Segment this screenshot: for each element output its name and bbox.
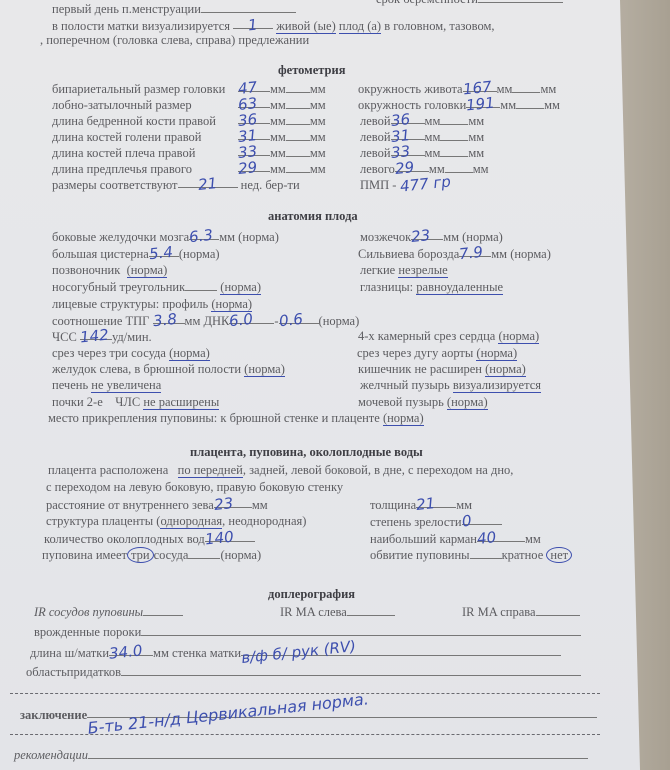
tpg-value: 3.8 (152, 312, 177, 328)
fetometry-field[interactable]: 63 (238, 97, 270, 108)
fetometry-field[interactable]: 31 (238, 129, 270, 140)
unit-label: мм (310, 114, 326, 128)
structure-options: , неоднородная) (222, 514, 306, 528)
unit-label: мм (310, 130, 326, 144)
stomach-row: желудок слева, в брюшной полости (норма) (52, 362, 285, 376)
fluid-row: количество околоплодных вод140 (44, 531, 255, 546)
unit-label: мм (310, 98, 326, 112)
cisterna-row: большая цистерна5.4(норма) (52, 246, 220, 261)
nuchal-row: обвитие пуповиныкратное нет (370, 548, 572, 562)
cord-vessels-row: пуповина имееттрисосуда(норма) (42, 548, 261, 562)
ventricles-row: боковые желудочки мозга6.3мм (норма) (52, 229, 279, 244)
unit-label: мм (468, 146, 484, 160)
fetus-count-field[interactable]: 1 (233, 18, 273, 29)
ir-ma-left-label: IR MA слева (280, 605, 347, 619)
pocket-unit: мм (525, 532, 541, 546)
gallbladder-value: визуализируется (453, 378, 541, 393)
unit-label: мм (270, 82, 286, 96)
gallbladder-row: желчный пузырь визуализируется (360, 378, 541, 392)
fetometry-field-2[interactable] (440, 146, 468, 157)
fetometry-row: окружность живота167мммм (358, 81, 556, 96)
fetometry-value: 29 (394, 160, 414, 176)
presentation-text: в головном, тазовом, (384, 19, 494, 33)
thickness-label: толщина (370, 498, 416, 512)
dnk-field[interactable]: 6.0 (229, 313, 274, 324)
cervix-unit: мм (153, 646, 169, 660)
heart-rate-label: ЧСС (52, 330, 77, 344)
cord-insert-value: (норма) (383, 411, 424, 426)
fetometry-label: левого (360, 162, 395, 176)
thickness-unit: мм (456, 498, 472, 512)
cord-vessels-text: сосуда (154, 548, 189, 562)
cord-vessels-field[interactable] (188, 548, 220, 559)
unit-label: мм (544, 98, 560, 112)
fetometry-label: лобно-затылочный размер (52, 98, 238, 112)
lungs-value: незрелые (398, 263, 447, 278)
unit-label: мм (310, 146, 326, 160)
nuchal-label: обвитие пуповины (370, 548, 470, 562)
recommendation-field[interactable] (88, 748, 588, 759)
liver-row: печень не увеличена (52, 378, 161, 392)
aorta-label: срез через дугу аорты (357, 346, 473, 360)
heart-rate-row: ЧСС 142уд/мин. (52, 329, 152, 344)
fetometry-row: длина бедренной кости правой36мммм (52, 113, 326, 128)
pocket-field[interactable]: 40 (477, 531, 525, 542)
recommendation-label: рекомендации (14, 748, 88, 762)
three-vessels-value: (норма) (169, 346, 210, 361)
fetometry-row: длина костей голени правой31мммм (52, 129, 326, 144)
stomach-label: желудок слева, в брюшной полости (52, 362, 241, 376)
thickness-field[interactable]: 21 (416, 497, 456, 508)
lungs-label: легкие (360, 263, 395, 277)
sylvian-label: Сильвиева борозда (358, 247, 459, 261)
pocket-row: наибольший карман40мм (370, 531, 541, 546)
uterus-row: в полости матки визуализируется 1 живой … (52, 18, 495, 33)
kidneys-row: почки 2-е ЧЛС не расширены (52, 395, 219, 409)
cervix-label: длина ш/матки (30, 646, 109, 660)
gest-age-label: срок беременности (376, 0, 478, 6)
cisterna-field[interactable]: 5.4 (149, 246, 179, 257)
unit-label: мм (497, 82, 513, 96)
lmp-label: первый день п.менструации (52, 2, 201, 16)
fetometry-field-2[interactable] (516, 98, 544, 109)
fetometry-label: левой (360, 146, 391, 160)
fetometry-field[interactable]: 167 (463, 81, 497, 92)
spine-label: позвоночник (52, 263, 120, 277)
conclusion-row: заключениеБ-ть 21-н/д Цервикальная норма… (20, 707, 597, 722)
nasolabial-row: носогубный треугольник (норма) (52, 280, 261, 294)
doppler-title: доплерография (268, 587, 355, 602)
bladder-row: мочевой пузырь (норма) (358, 395, 488, 409)
nuchal-field[interactable] (470, 548, 502, 559)
os-distance-field[interactable]: 23 (214, 497, 252, 508)
os-distance-label: расстояние от внутреннего зева (46, 498, 214, 512)
orbits-label: глазницы: (360, 280, 413, 294)
sylvian-field[interactable]: 7.9 (459, 246, 491, 257)
ventricles-field[interactable]: 6.3 (189, 229, 219, 240)
placenta-location-selected: по передней (178, 463, 243, 478)
pmp-value: 477 гр (399, 174, 451, 193)
conclusion-label: заключение (20, 708, 87, 722)
fetometry-field-2[interactable] (286, 114, 310, 125)
structure-row: структура плаценты (однородная, неодноро… (46, 514, 306, 528)
ratio-suffix: (норма) (319, 314, 360, 328)
unit-label: мм (473, 162, 489, 176)
cord-vessels-selected: три (127, 547, 154, 563)
nasolabial-value: (норма) (220, 280, 261, 295)
gallbladder-label: желчный пузырь (360, 378, 450, 392)
fetometry-field[interactable]: 191 (466, 97, 500, 108)
placenta-location-options: , задней, левой боковой, в дне, с перехо… (243, 463, 514, 477)
gest-age-row: срок беременности (376, 0, 563, 6)
heart-rate-value: 142 (79, 328, 109, 345)
heart4-value: (норма) (498, 329, 539, 344)
fetometry-row: бипариетальный размер головки47мммм (52, 81, 326, 96)
heart-rate-unit: уд/мин. (112, 330, 152, 344)
correspond-row: размеры соответствуют21 нед. бер-ти (52, 177, 300, 192)
face-label: лицевые структуры: профиль (52, 297, 208, 311)
unit-label: мм (500, 98, 516, 112)
fetometry-field[interactable]: 47 (238, 81, 270, 92)
cerebellum-suffix: мм (норма) (443, 230, 503, 244)
fetometry-row: левого29мммм (360, 161, 489, 176)
structure-label: структура плаценты ( (46, 514, 160, 528)
ir-cord-field[interactable] (143, 605, 183, 616)
cord-vessels-suffix: (норма) (220, 548, 261, 562)
nasolabial-field[interactable] (185, 280, 217, 291)
fetometry-field[interactable]: 29 (395, 161, 429, 172)
malformations-row: врожденные пороки (34, 625, 581, 639)
pocket-value: 40 (476, 530, 496, 546)
ir-ma-left-row: IR MA слева (280, 605, 395, 619)
bladder-label: мочевой пузырь (358, 395, 444, 409)
tpg-field[interactable]: 3.8 (153, 313, 185, 324)
wall-field[interactable]: в/ф б/ рук (RV) (241, 645, 561, 656)
three-vessels-label: срез через три сосуда (52, 346, 166, 360)
cervix-field[interactable]: 34.0 (109, 645, 153, 656)
ventricles-label: боковые желудочки мозга (52, 230, 189, 244)
ir-cord-label: IR сосудов пуповины (34, 605, 143, 619)
unit-label: мм (425, 130, 441, 144)
placenta-location-row: плацента расположена по передней, задней… (48, 463, 513, 477)
lmp-field[interactable] (201, 2, 296, 13)
fetometry-label: левой (360, 114, 391, 128)
sylvian-suffix: мм (норма) (491, 247, 551, 261)
malformations-label: врожденные пороки (34, 625, 141, 639)
fluid-label: количество околоплодных вод (44, 532, 205, 546)
unit-label: мм (468, 114, 484, 128)
fetometry-field[interactable]: 33 (238, 145, 270, 156)
placenta-title: плацента, пуповина, околоплодные воды (190, 445, 423, 460)
cerebellum-field[interactable]: 23 (411, 229, 443, 240)
adnexa-field[interactable] (121, 665, 581, 676)
orbits-value: равноудаленные (416, 280, 503, 295)
correspond-value: 21 (197, 176, 217, 192)
kidneys-value: не расширены (143, 395, 219, 410)
fetometry-value: 29 (237, 160, 257, 176)
nuchal-selected: нет (546, 547, 572, 563)
cervix-value: 34.0 (108, 643, 143, 660)
fetometry-label: длина костей плеча правой (52, 146, 238, 160)
maturity-field[interactable]: 0 (462, 514, 502, 525)
aorta-row: срез через дугу аорты (норма) (357, 346, 517, 360)
fetometry-value: 191 (466, 96, 496, 113)
fetometry-label: окружность живота (358, 82, 463, 96)
bowel-label: кишечник не расширен (358, 362, 482, 376)
ir-ma-right-label: IR MA справа (462, 605, 536, 619)
unit-label: мм (310, 82, 326, 96)
dnk-label: мм ДНК (185, 314, 230, 328)
maturity-row: степень зрелости0 (370, 514, 502, 529)
fetometry-field-2[interactable] (286, 146, 310, 157)
liver-label: печень (52, 378, 88, 392)
fetometry-field[interactable]: 36 (391, 113, 425, 124)
nasolabial-label: носогубный треугольник (52, 280, 185, 294)
fetometry-field[interactable]: 36 (238, 113, 270, 124)
correspond-field[interactable]: 21 (178, 177, 238, 188)
cisterna-value: 5.4 (148, 245, 173, 261)
fetometry-field[interactable]: 33 (391, 145, 425, 156)
aorta-value: (норма) (476, 346, 517, 361)
fetometry-field-2[interactable] (286, 82, 310, 93)
anatomy-title: анатомия плода (268, 209, 358, 224)
fetometry-field-2[interactable] (512, 82, 540, 93)
presentation-row: , поперечном (головка слева, справа) пре… (40, 33, 309, 47)
ventricles-value: 6.3 (189, 228, 214, 244)
fetometry-row: левой33мммм (360, 145, 484, 160)
fetometry-label: длина бедренной кости правой (52, 114, 238, 128)
placenta-location-row-2: с переходом на левую боковую, правую бок… (46, 480, 343, 494)
orbits-row: глазницы: равноудаленные (360, 280, 503, 294)
pmp-label: ПМП - (360, 178, 396, 192)
cerebellum-label: мозжечок (360, 230, 411, 244)
placenta-location-label: плацента расположена (48, 463, 168, 477)
wall-label: стенка матки (172, 646, 241, 660)
heart4-label: 4-х камерный срез сердца (358, 329, 495, 343)
unit-label: мм (270, 98, 286, 112)
os-distance-value: 23 (213, 496, 233, 512)
fetometry-field-2[interactable] (286, 98, 310, 109)
fluid-field[interactable]: 140 (205, 531, 255, 542)
heart-rate-field[interactable]: 142 (80, 329, 112, 340)
divider-line (10, 693, 600, 694)
bladder-value: (норма) (447, 395, 488, 410)
divider-line-2 (10, 734, 600, 735)
maturity-label: степень зрелости (370, 515, 462, 529)
spine-row: позвоночник (норма) (52, 263, 167, 277)
fetometry-title: фетометрия (278, 63, 345, 78)
bowel-value: (норма) (485, 362, 526, 377)
fluid-value: 140 (204, 530, 234, 547)
fetometry-row: лобно-затылочный размер63мммм (52, 97, 326, 112)
bowel-row: кишечник не расширен (норма) (358, 362, 526, 376)
dnk-value: 6.0 (229, 312, 254, 328)
adnexa-row: областьпридатков (26, 665, 581, 679)
three-vessels-row: срез через три сосуда (норма) (52, 346, 210, 360)
uterus-label: в полости матки визуализируется (52, 19, 230, 33)
correspond-unit: нед. бер-ти (241, 178, 300, 192)
fetometry-row: левой31мммм (360, 129, 484, 144)
fetometry-field-2[interactable] (286, 130, 310, 141)
spine-value: (норма) (127, 263, 168, 278)
pmp-row: ПМП - 477 гр (360, 177, 450, 192)
unit-label: мм (540, 82, 556, 96)
os-distance-row: расстояние от внутреннего зева23мм (46, 497, 268, 512)
unit-label: мм (468, 130, 484, 144)
correspond-label: размеры соответствуют (52, 178, 178, 192)
fetometry-field-2[interactable] (286, 162, 310, 173)
ratio-extra-field[interactable]: 0.6 (279, 313, 319, 324)
sylvian-row: Сильвиева борозда7.9мм (норма) (358, 246, 551, 261)
fetometry-label: бипариетальный размер головки (52, 82, 238, 96)
ir-ma-right-row: IR MA справа (462, 605, 580, 619)
nuchal-multiple: кратное (502, 548, 544, 562)
unit-label: мм (270, 162, 286, 176)
unit-label: мм (310, 162, 326, 176)
unit-label: мм (270, 130, 286, 144)
unit-label: мм (425, 146, 441, 160)
face-row: лицевые структуры: профиль (норма) (52, 297, 252, 311)
ratio-extra-value: 0.6 (278, 312, 303, 328)
fetometry-field[interactable]: 31 (391, 129, 425, 140)
cord-insert-row: место прикрепления пуповины: к брюшной с… (48, 411, 424, 425)
lmp-row: первый день п.менструации (52, 2, 296, 16)
maturity-value: 0 (461, 514, 472, 529)
cord-insert-label: место прикрепления пуповины: к брюшной с… (48, 411, 380, 425)
adnexa-label: областьпридатков (26, 665, 121, 679)
fetometry-label: окружность головки (358, 98, 466, 112)
cervix-row: длина ш/матки34.0мм стенка маткив/ф б/ р… (30, 645, 561, 660)
structure-selected: однородная (160, 514, 222, 529)
heart4-row: 4-х камерный срез сердца (норма) (358, 329, 539, 343)
fetometry-row: длина костей плеча правой33мммм (52, 145, 326, 160)
pocket-label: наибольший карман (370, 532, 477, 546)
fetus-count-value: 1 (248, 18, 259, 33)
ir-ma-right-field[interactable] (536, 605, 580, 616)
cord-vessels-label: пуповина имеет (42, 548, 127, 562)
kidneys-label: почки 2-е ЧЛС (52, 395, 140, 409)
stomach-value: (норма) (244, 362, 285, 377)
fetometry-row: длина предплечья правого29мммм (52, 161, 326, 176)
conclusion-field[interactable]: Б-ть 21-н/д Цервикальная норма. (87, 707, 597, 718)
gest-age-field[interactable] (478, 0, 563, 3)
fetus-text: плод (а) (339, 19, 381, 34)
fetometry-label: левой (360, 130, 391, 144)
fetometry-field[interactable]: 29 (238, 161, 270, 172)
fetometry-field-2[interactable] (445, 162, 473, 173)
fetometry-field-2[interactable] (440, 114, 468, 125)
fetometry-label: длина костей голени правой (52, 130, 238, 144)
fetometry-row: левой36мммм (360, 113, 484, 128)
presentation-text-2: поперечном (головка слева, справа) предл… (46, 33, 309, 47)
liver-value: не увеличена (91, 378, 161, 393)
sylvian-value: 7.9 (459, 245, 484, 261)
ventricles-suffix: мм (норма) (219, 230, 279, 244)
cerebellum-value: 23 (411, 228, 431, 244)
thickness-row: толщина21мм (370, 497, 472, 512)
placenta-location-options-2: с переходом на левую боковую, правую бок… (46, 480, 343, 494)
ir-cord-row: IR сосудов пуповины (34, 605, 183, 619)
thickness-value: 21 (416, 496, 436, 512)
unit-label: мм (425, 114, 441, 128)
os-distance-unit: мм (252, 498, 268, 512)
alive-text: живой (ые) (276, 19, 335, 34)
ir-ma-left-field[interactable] (347, 605, 395, 616)
fetometry-row: окружность головки191мммм (358, 97, 560, 112)
lungs-row: легкие незрелые (360, 263, 448, 277)
recommendation-row: рекомендации (14, 748, 588, 762)
malformations-field[interactable] (141, 625, 581, 636)
cisterna-label: большая цистерна (52, 247, 149, 261)
unit-label: мм (270, 114, 286, 128)
unit-label: мм (270, 146, 286, 160)
cisterna-suffix: (норма) (179, 247, 220, 261)
fetometry-field-2[interactable] (440, 130, 468, 141)
